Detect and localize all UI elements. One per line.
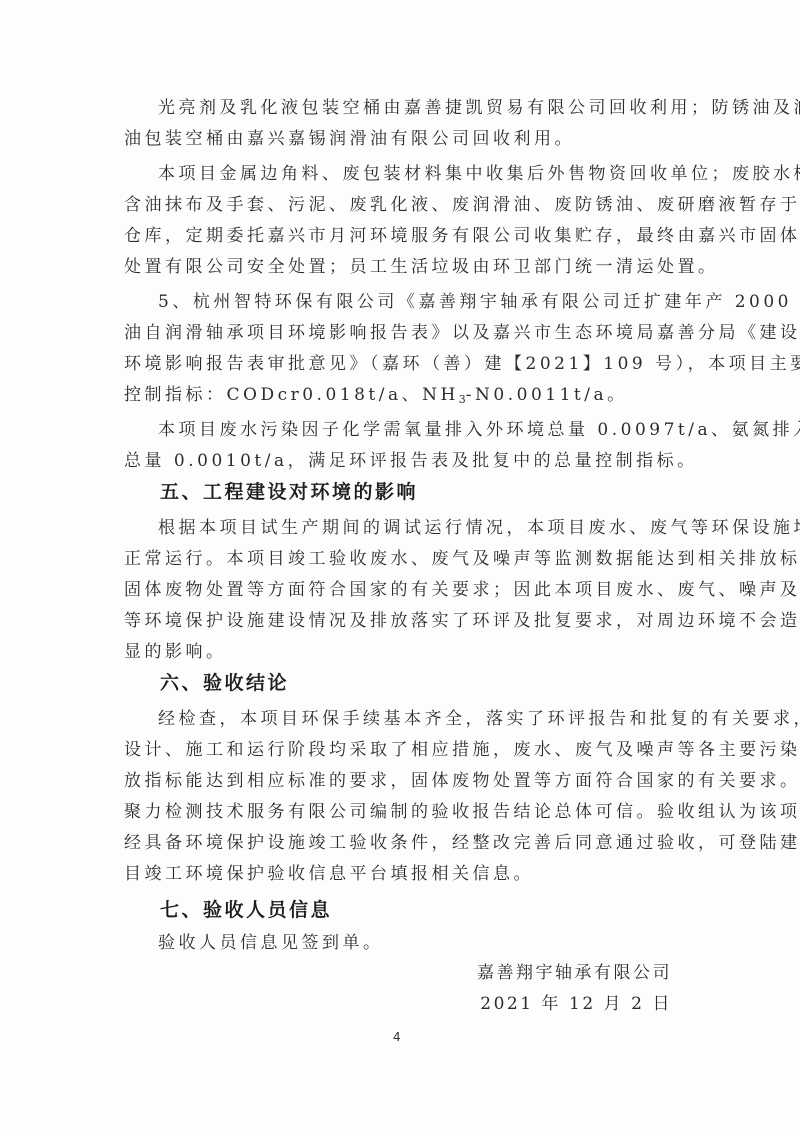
pollution-indicator-text: -N0.0011t/a。: [466, 385, 628, 405]
section-heading-acceptance-conclusion: 六、验收结论: [160, 671, 289, 695]
paragraph-line: 经具备环境保护设施竣工验收条件，经整改完善后同意通过验收，可登陆建设项: [124, 832, 680, 854]
page-number: 4: [393, 1030, 401, 1044]
paragraph-line: 目竣工环境保护验收信息平台填报相关信息。: [124, 863, 680, 885]
paragraph-line: 5、杭州智特环保有限公司《嘉善翔宇轴承有限公司迁扩建年产 2000 万件无: [158, 291, 680, 313]
paragraph-line: 放指标能达到相应标准的要求，固体废物处置等方面符合国家的有关要求。嘉兴: [124, 770, 680, 792]
date-year-unit: 年: [542, 994, 562, 1014]
date-month: 12: [569, 994, 596, 1014]
paragraph-line: 设计、施工和运行阶段均采取了相应措施，废水、废气及噪声等各主要污染物排: [124, 739, 680, 761]
paragraph-line: 油自润滑轴承项目环境影响报告表》以及嘉兴市生态环境局嘉善分局《建设项目: [124, 322, 680, 344]
paragraph-line: 本项目废水污染因子化学需氧量排入外环境总量 0.0097t/a、氨氮排入外环境: [158, 419, 680, 441]
paragraph-line: 固体废物处置等方面符合国家的有关要求；因此本项目废水、废气、噪声及固废: [124, 579, 680, 601]
paragraph-line: 光亮剂及乳化液包装空桶由嘉善捷凯贸易有限公司回收利用；防锈油及润滑: [158, 97, 680, 119]
section-heading-environmental-impact: 五、工程建设对环境的影响: [160, 480, 418, 504]
paragraph-line: 环境影响报告表审批意见》（嘉环（善）建【2021】109 号），本项目主要污染物: [124, 353, 680, 375]
date-month-unit: 月: [604, 994, 624, 1014]
date-day: 2: [631, 994, 644, 1014]
paragraph-line: 显的影响。: [124, 641, 680, 663]
signature-date: 2021年12月2日: [480, 993, 672, 1015]
paragraph-line: 等环境保护设施建设情况及排放落实了环评及批复要求，对周边环境不会造成明: [124, 610, 680, 632]
paragraph-line: 处置有限公司安全处置；员工生活垃圾由环卫部门统一清运处置。: [124, 256, 680, 278]
paragraph-line: 油包装空桶由嘉兴嘉锡润滑油有限公司回收利用。: [124, 128, 680, 150]
subscript: 3: [459, 393, 466, 406]
pollution-indicator-text: 控制指标：CODcr0.018t/a、NH: [124, 385, 459, 405]
paragraph-line: 正常运行。本项目竣工验收废水、废气及噪声等监测数据能达到相关排放标准，: [124, 548, 680, 570]
paragraph-line: 总量 0.0010t/a，满足环评报告表及批复中的总量控制指标。: [124, 450, 680, 472]
paragraph-line: 根据本项目试生产期间的调试运行情况，本项目废水、废气等环保设施均能: [158, 517, 680, 539]
paragraph-line-pollution-indicators: 控制指标：CODcr0.018t/a、NH3-N0.0011t/a。: [124, 384, 680, 411]
paragraph-line: 验收人员信息见签到单。: [158, 932, 680, 954]
paragraph-line: 仓库，定期委托嘉兴市月河环境服务有限公司收集贮存，最终由嘉兴市固体废物: [124, 225, 680, 247]
paragraph-line: 含油抹布及手套、污泥、废乳化液、废润滑油、废防锈油、废研磨液暂存于危废: [124, 194, 680, 216]
paragraph-line: 经检查，本项目环保手续基本齐全，落实了环评报告和批复的有关要求，在: [158, 708, 680, 730]
paragraph-line: 聚力检测技术服务有限公司编制的验收报告结论总体可信。验收组认为该项目已: [124, 801, 680, 823]
paragraph-line: 本项目金属边角料、废包装材料集中收集后外售物资回收单位；废胶水桶、: [158, 163, 680, 185]
document-page: 光亮剂及乳化液包装空桶由嘉善捷凯贸易有限公司回收利用；防锈油及润滑 油包装空桶由…: [0, 0, 800, 1130]
date-year: 2021: [480, 994, 533, 1014]
section-heading-personnel-info: 七、验收人员信息: [160, 898, 332, 922]
date-day-unit: 日: [653, 994, 673, 1014]
signature-company: 嘉善翔宇轴承有限公司: [477, 962, 672, 984]
